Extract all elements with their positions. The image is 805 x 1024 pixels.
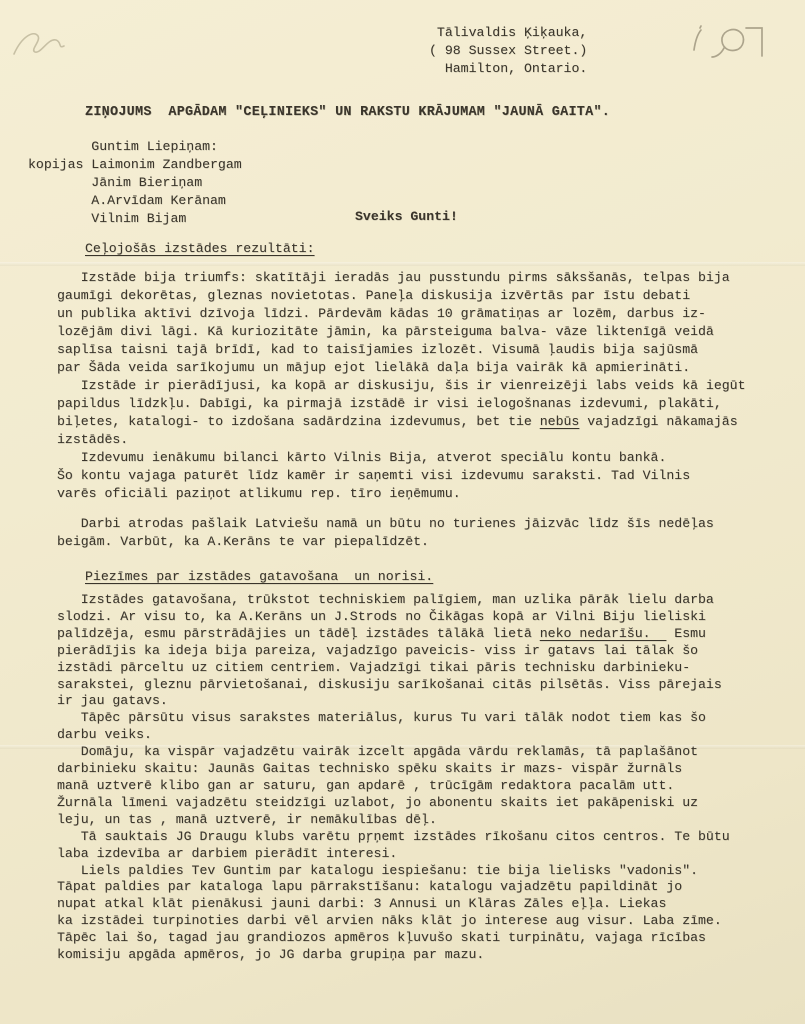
text-segment: nupat atkal klāt pienākusi jauni darbi: … bbox=[57, 896, 666, 911]
text-line: lozējām divi lāgi. Kā kuriozitāte jāmin,… bbox=[57, 323, 730, 341]
text-segment: Žurnāla līmeni vajadzētu steidzīgi uzlab… bbox=[57, 795, 698, 810]
text-segment: gaumīgi dekorētas, gleznas novietotas. P… bbox=[57, 288, 690, 303]
text-segment: papildus līdzkļu. Dabīgi, ka pirmajā izs… bbox=[57, 396, 722, 411]
text-segment: Esmu bbox=[666, 626, 706, 641]
text-segment: Tā sauktais JG Draugu klubs varētu pŗņem… bbox=[57, 829, 730, 844]
text-segment: biļetes, katalogi- to izdošana sadārdzin… bbox=[57, 414, 540, 429]
text-line: ka izstādei turpinoties darbi vēl arvien… bbox=[57, 913, 730, 930]
text-line: gaumīgi dekorētas, gleznas novietotas. P… bbox=[57, 287, 730, 305]
text-segment: vajadzīgi nākamajās bbox=[579, 414, 737, 429]
text-segment: par Šāda veida sarīkojumu un mājup ejot … bbox=[57, 360, 690, 375]
text-segment: Domāju, ka vispār vajadzētu vairāk izcel… bbox=[57, 744, 698, 759]
text-segment: beigām. Varbūt, ka A.Kerāns te var piepa… bbox=[57, 534, 429, 549]
text-segment: kopijas Laimonim Zandbergam bbox=[28, 157, 242, 172]
pencil-number-mark bbox=[684, 14, 779, 74]
text-line: Piezīmes par izstādes gatavošana un nori… bbox=[85, 568, 433, 586]
sender-address-line: Tālivaldis Ķiķauka, bbox=[429, 24, 587, 42]
text-line: palīdzēja, esmu pārstrādājies un tādēļ i… bbox=[57, 626, 730, 643]
sender-address-line: Hamilton, Ontario. bbox=[429, 60, 587, 78]
text-line: Tāpēc lai šo, tagad jau grandiozos apmēr… bbox=[57, 930, 730, 947]
text-segment: Darbi atrodas pašlaik Latviešu namā un b… bbox=[57, 516, 714, 531]
text-segment: A.Arvīdam Kerānam bbox=[28, 193, 226, 208]
text-segment: Izstādes gatavošana, trūkstot techniskie… bbox=[57, 592, 714, 607]
text-line: A.Arvīdam Kerānam bbox=[28, 192, 242, 210]
text-segment: pierādījis ka ideja bija pareiza, vajadz… bbox=[57, 643, 698, 658]
text-segment: darbinieku skaitu: Jaunās Gaitas technis… bbox=[57, 761, 682, 776]
underlined-text: Piezīmes par izstādes gatavošana un nori… bbox=[85, 569, 433, 584]
text-line: slodzi. Ar visu to, ka A.Kerāns un J.Str… bbox=[57, 609, 730, 626]
text-segment: ir jau gatavs. bbox=[57, 693, 168, 708]
text-segment: izstādēs. bbox=[57, 432, 128, 447]
text-line: Izstāde ir pierādījusi, ka kopā ar disku… bbox=[57, 377, 746, 395]
text-line: Izstāde bija triumfs: skatītāji ieradās … bbox=[57, 269, 730, 287]
text-line: Vilnim Bijam bbox=[28, 210, 242, 228]
text-line: saplīsa taisni tajā brīdī, kad to taisīj… bbox=[57, 341, 730, 359]
text-line: leju, un tas , manā uztverē, ir nemākulī… bbox=[57, 812, 730, 829]
text-line: un publika aktīvi dzīvoja līdzi. Pārdevā… bbox=[57, 305, 730, 323]
text-line: komisiju apgāda apmēros, jo JG darba gru… bbox=[57, 947, 730, 964]
salutation: Sveiks Gunti! bbox=[355, 209, 458, 224]
text-segment: manā uztverē klibo gan ar saturu, gan ap… bbox=[57, 778, 674, 793]
text-line: sarakstei, gleznu pārvietošanai, diskusi… bbox=[57, 677, 730, 694]
text-line: Žurnāla līmeni vajadzētu steidzīgi uzlab… bbox=[57, 795, 730, 812]
text-block: Izstāde bija triumfs: skatītāji ieradās … bbox=[57, 269, 730, 377]
report-title: ZIŅOJUMS APGĀDAM "CEĻINIEKS" UN RAKSTU K… bbox=[85, 105, 610, 120]
underlined-text: nebūs bbox=[540, 414, 580, 429]
text-line: Šo kontu vajaga paturēt līdz kamēr ir sa… bbox=[57, 467, 746, 485]
text-line: par Šāda veida sarīkojumu un mājup ejot … bbox=[57, 359, 730, 377]
text-line: nupat atkal klāt pienākusi jauni darbi: … bbox=[57, 896, 730, 913]
text-line: biļetes, katalogi- to izdošana sadārdzin… bbox=[57, 413, 746, 431]
text-segment: ka izstādei turpinoties darbi vēl arvien… bbox=[57, 913, 722, 928]
text-segment: izstādi pārceltu uz citiem centriem. Vaj… bbox=[57, 660, 690, 675]
underlined-text: neko nedarīšu. bbox=[540, 626, 667, 641]
section-heading: Piezīmes par izstādes gatavošana un nori… bbox=[85, 568, 433, 586]
text-line: darbu veiks. bbox=[57, 727, 730, 744]
text-segment: Vilnim Bijam bbox=[28, 211, 186, 226]
text-segment: Šo kontu vajaga paturēt līdz kamēr ir sa… bbox=[57, 468, 690, 483]
section-heading: Ceļojošās izstādes rezultāti: bbox=[85, 240, 315, 258]
text-segment: saplīsa taisni tajā brīdī, kad to taisīj… bbox=[57, 342, 698, 357]
text-line: Izdevumu ienākumu bilanci kārto Vilnis B… bbox=[57, 449, 746, 467]
text-line: pierādījis ka ideja bija pareiza, vajadz… bbox=[57, 643, 730, 660]
text-segment: Izstāde bija triumfs: skatītāji ieradās … bbox=[57, 270, 730, 285]
text-segment: Tāpēc lai šo, tagad jau grandiozos apmēr… bbox=[57, 930, 706, 945]
text-line: Guntim Liepiņam: bbox=[28, 138, 242, 156]
document-page: Tālivaldis Ķiķauka,( 98 Sussex Street.) … bbox=[0, 0, 805, 1024]
text-line: beigām. Varbūt, ka A.Kerāns te var piepa… bbox=[57, 533, 714, 551]
text-segment: Tāpēc pārsūtu visus sarakstes materiālus… bbox=[57, 710, 706, 725]
text-line: Liels paldies Tev Guntim par katalogu ie… bbox=[57, 863, 730, 880]
text-block: Guntim Liepiņam:kopijas Laimonim Zandber… bbox=[28, 138, 242, 228]
sender-address-line: ( 98 Sussex Street.) bbox=[429, 42, 587, 60]
text-line: Tāpat paldies par kataloga lapu pārrakst… bbox=[57, 879, 730, 896]
text-segment: un publika aktīvi dzīvoja līdzi. Pārdevā… bbox=[57, 306, 706, 321]
text-line: manā uztverē klibo gan ar saturu, gan ap… bbox=[57, 778, 730, 795]
text-segment: laba izdevība ar darbiem pierādīt intere… bbox=[57, 846, 397, 861]
text-line: izstādēs. bbox=[57, 431, 746, 449]
text-segment: Izdevumu ienākumu bilanci kārto Vilnis B… bbox=[57, 450, 666, 465]
text-segment: Izstāde ir pierādījusi, ka kopā ar disku… bbox=[57, 378, 746, 393]
text-segment: Liels paldies Tev Guntim par katalogu ie… bbox=[57, 863, 698, 878]
text-line: kopijas Laimonim Zandbergam bbox=[28, 156, 242, 174]
text-line: Jānim Bieriņam bbox=[28, 174, 242, 192]
text-line: Izstādes gatavošana, trūkstot techniskie… bbox=[57, 592, 730, 609]
text-segment: sarakstei, gleznu pārvietošanai, diskusi… bbox=[57, 677, 722, 692]
text-segment: leju, un tas , manā uztverē, ir nemākulī… bbox=[57, 812, 437, 827]
sender-address: Tālivaldis Ķiķauka,( 98 Sussex Street.) … bbox=[429, 24, 587, 78]
text-line: Darbi atrodas pašlaik Latviešu namā un b… bbox=[57, 515, 714, 533]
text-block: Izstāde ir pierādījusi, ka kopā ar disku… bbox=[57, 377, 746, 503]
pencil-scribble bbox=[8, 16, 78, 64]
text-line: Tā sauktais JG Draugu klubs varētu pŗņem… bbox=[57, 829, 730, 846]
text-segment: darbu veiks. bbox=[57, 727, 152, 742]
text-line: laba izdevība ar darbiem pierādīt intere… bbox=[57, 846, 730, 863]
text-segment: palīdzēja, esmu pārstrādājies un tādēļ i… bbox=[57, 626, 540, 641]
text-segment: Jānim Bieriņam bbox=[28, 175, 202, 190]
text-segment: Guntim Liepiņam: bbox=[28, 139, 218, 154]
text-line: papildus līdzkļu. Dabīgi, ka pirmajā izs… bbox=[57, 395, 746, 413]
text-segment: slodzi. Ar visu to, ka A.Kerāns un J.Str… bbox=[57, 609, 706, 624]
text-line: Ceļojošās izstādes rezultāti: bbox=[85, 240, 315, 258]
text-block: Izstādes gatavošana, trūkstot techniskie… bbox=[57, 592, 730, 964]
text-segment: Tāpat paldies par kataloga lapu pārrakst… bbox=[57, 879, 682, 894]
underlined-text: Ceļojošās izstādes rezultāti: bbox=[85, 241, 315, 256]
text-segment: varēs oficiāli paziņot atlikumu rep. tīr… bbox=[57, 486, 461, 501]
text-line: Domāju, ka vispār vajadzētu vairāk izcel… bbox=[57, 744, 730, 761]
text-line: Tāpēc pārsūtu visus sarakstes materiālus… bbox=[57, 710, 730, 727]
text-line: ir jau gatavs. bbox=[57, 693, 730, 710]
text-segment: lozējām divi lāgi. Kā kuriozitāte jāmin,… bbox=[57, 324, 714, 339]
text-line: varēs oficiāli paziņot atlikumu rep. tīr… bbox=[57, 485, 746, 503]
text-line: izstādi pārceltu uz citiem centriem. Vaj… bbox=[57, 660, 730, 677]
text-segment: komisiju apgāda apmēros, jo JG darba gru… bbox=[57, 947, 484, 962]
paper-crease bbox=[0, 262, 805, 266]
text-block: Darbi atrodas pašlaik Latviešu namā un b… bbox=[57, 515, 714, 551]
text-line: darbinieku skaitu: Jaunās Gaitas technis… bbox=[57, 761, 730, 778]
